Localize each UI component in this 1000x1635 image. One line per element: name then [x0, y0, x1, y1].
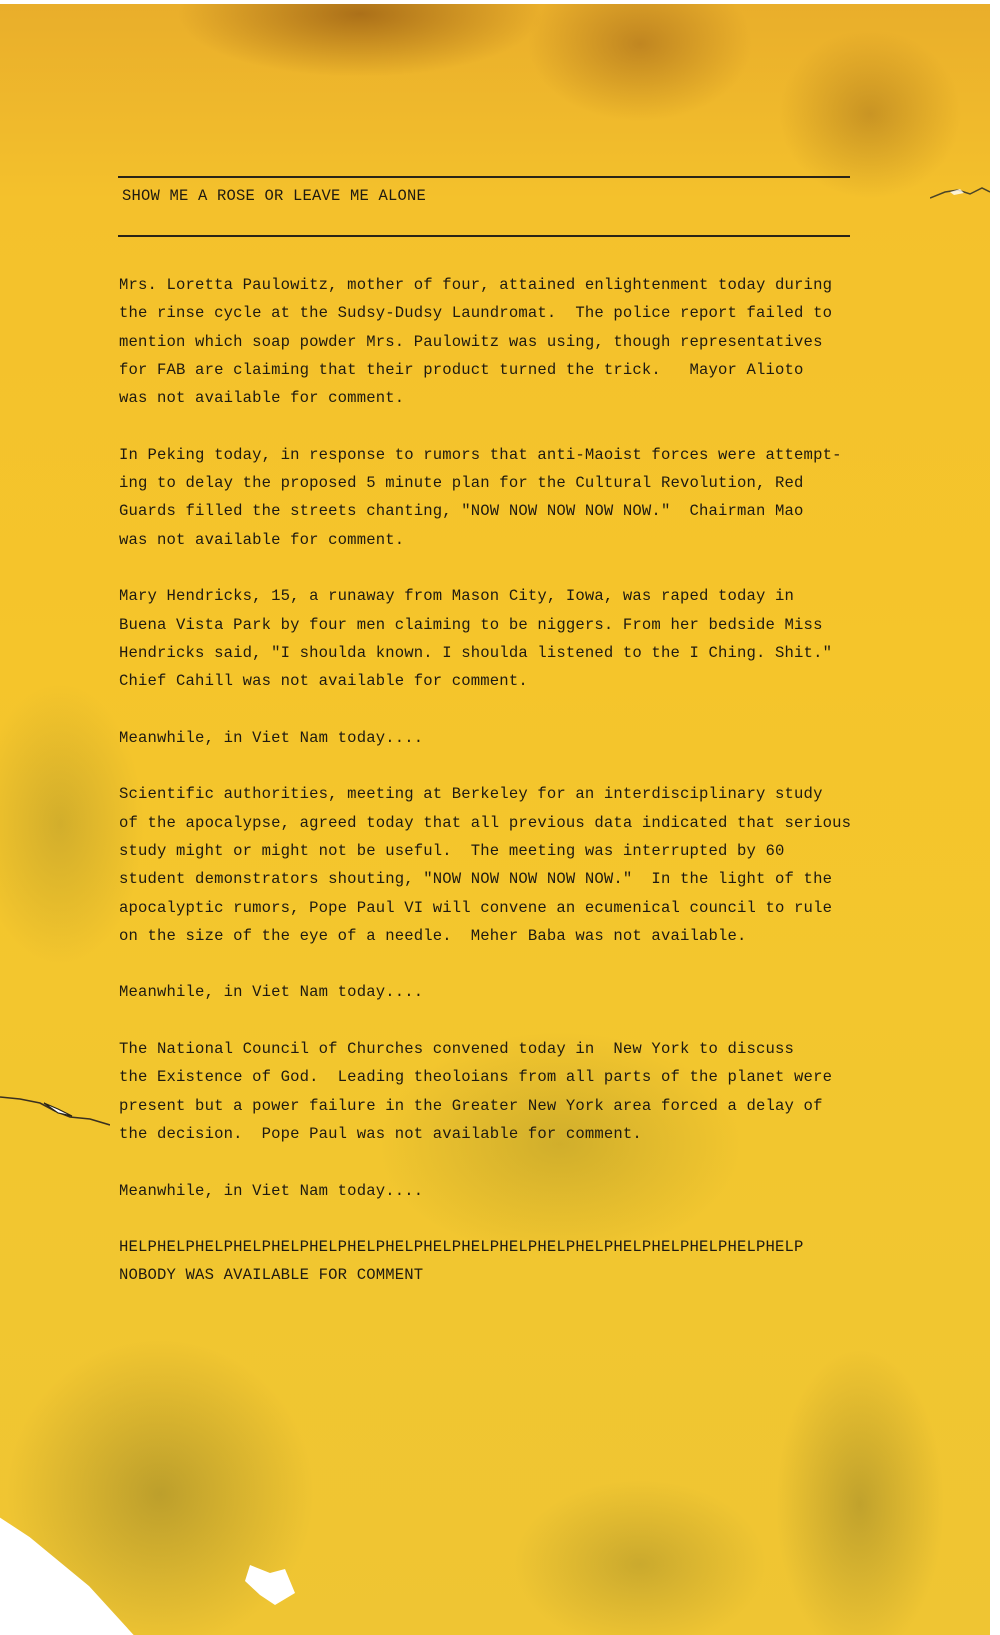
- paragraph: Meanwhile, in Viet Nam today....: [119, 724, 879, 752]
- text-line: on the size of the eye of a needle. Mehe…: [119, 922, 879, 950]
- text-line: Guards filled the streets chanting, "NOW…: [119, 497, 879, 525]
- text-line: was not available for comment.: [119, 384, 879, 412]
- text-line: Buena Vista Park by four men claiming to…: [119, 611, 879, 639]
- paragraph: Scientific authorities, meeting at Berke…: [119, 780, 879, 950]
- text-line: Hendricks said, "I shoulda known. I shou…: [119, 639, 879, 667]
- paragraph: Mrs. Loretta Paulowitz, mother of four, …: [119, 271, 879, 412]
- text-line: study might or might not be useful. The …: [119, 837, 879, 865]
- typewritten-page: SHOW ME A ROSE OR LEAVE ME ALONE Mrs. Lo…: [0, 4, 990, 1635]
- header-rule-top: [118, 176, 850, 178]
- text-line: was not available for comment.: [119, 526, 879, 554]
- text-line: the decision. Pope Paul was not availabl…: [119, 1120, 879, 1148]
- text-line: In Peking today, in response to rumors t…: [119, 441, 879, 469]
- text-line: present but a power failure in the Great…: [119, 1092, 879, 1120]
- paragraph: The National Council of Churches convene…: [119, 1035, 879, 1148]
- text-line: of the apocalypse, agreed today that all…: [119, 809, 879, 837]
- paragraph: Meanwhile, in Viet Nam today....: [119, 1177, 879, 1205]
- paper-crack-left: [0, 1089, 110, 1129]
- paragraph: Mary Hendricks, 15, a runaway from Mason…: [119, 582, 879, 695]
- header-rule-bottom: [118, 235, 850, 237]
- document-body: Mrs. Loretta Paulowitz, mother of four, …: [119, 271, 879, 1290]
- text-line: NOBODY WAS AVAILABLE FOR COMMENT: [119, 1261, 879, 1289]
- text-line: the Existence of God. Leading theoloians…: [119, 1063, 879, 1091]
- text-line: Mary Hendricks, 15, a runaway from Mason…: [119, 582, 879, 610]
- text-line: ing to delay the proposed 5 minute plan …: [119, 469, 879, 497]
- text-line: mention which soap powder Mrs. Paulowitz…: [119, 328, 879, 356]
- text-line: Chief Cahill was not available for comme…: [119, 667, 879, 695]
- text-line: for FAB are claiming that their product …: [119, 356, 879, 384]
- paper-crack-right: [930, 174, 990, 214]
- paragraph: Meanwhile, in Viet Nam today....: [119, 978, 879, 1006]
- text-line: Meanwhile, in Viet Nam today....: [119, 1177, 879, 1205]
- text-line: Scientific authorities, meeting at Berke…: [119, 780, 879, 808]
- text-line: the rinse cycle at the Sudsy-Dudsy Laund…: [119, 299, 879, 327]
- text-line: The National Council of Churches convene…: [119, 1035, 879, 1063]
- text-line: Meanwhile, in Viet Nam today....: [119, 978, 879, 1006]
- text-line: Meanwhile, in Viet Nam today....: [119, 724, 879, 752]
- text-line: Mrs. Loretta Paulowitz, mother of four, …: [119, 271, 879, 299]
- text-line: apocalyptic rumors, Pope Paul VI will co…: [119, 894, 879, 922]
- text-line: HELPHELPHELPHELPHELPHELPHELPHELPHELPHELP…: [119, 1233, 879, 1261]
- paragraph: HELPHELPHELPHELPHELPHELPHELPHELPHELPHELP…: [119, 1233, 879, 1290]
- text-line: student demonstrators shouting, "NOW NOW…: [119, 865, 879, 893]
- paragraph: In Peking today, in response to rumors t…: [119, 441, 879, 554]
- document-title: SHOW ME A ROSE OR LEAVE ME ALONE: [122, 187, 426, 205]
